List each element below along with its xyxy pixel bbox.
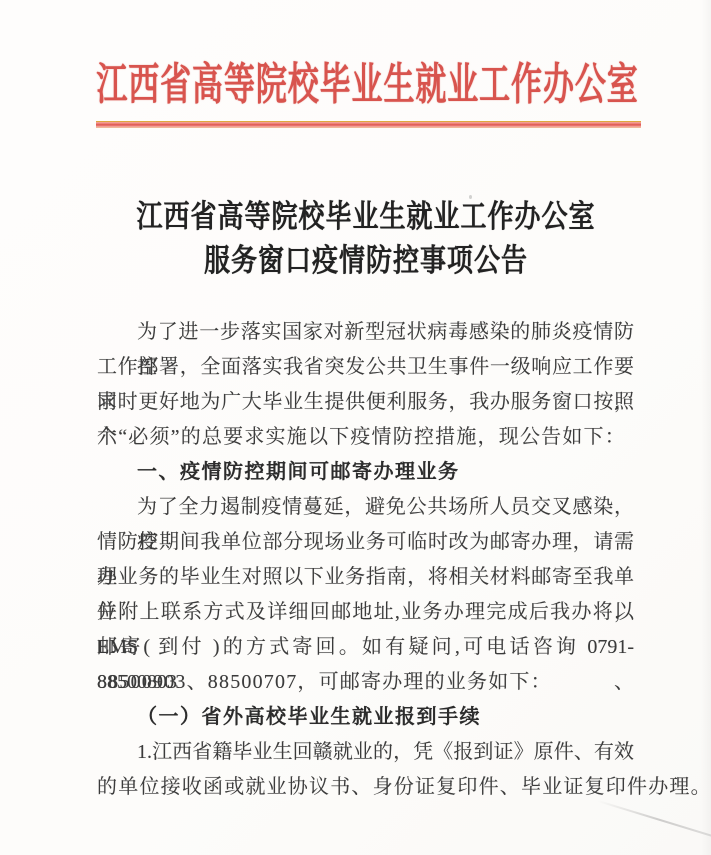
scan-edge-shade — [701, 0, 711, 855]
scan-corner-artifact — [598, 800, 711, 839]
body-line: 理业务的毕业生对照以下业务指南，将相关材料邮寄至我单位， — [97, 560, 634, 595]
body-line: 同时更好地为广大毕业生提供便利服务，我办服务窗口按照六 — [97, 385, 634, 420]
document-title-line1: 江西省高等院校毕业生就业工作办公室 — [86, 196, 646, 240]
document-title-line2-text: 服务窗口疫情防控事项公告 — [204, 235, 528, 288]
letterhead-org-name: 江西省高等院校毕业生就业工作办公室 — [96, 49, 638, 120]
body-line: 邮寄( 到付 )的方式寄回。如有疑问,可电话咨询 0791-88500803、 — [97, 630, 634, 665]
letterhead-rule — [96, 121, 641, 128]
body-line: 的单位接收函或就业协议书、身份证复印件、毕业证复印件办理。 — [97, 770, 634, 805]
body-line: 为了进一步落实国家对新型冠状病毒感染的肺炎疫情防控 — [97, 315, 634, 350]
document-title-line2: 服务窗口疫情防控事项公告 — [86, 240, 646, 284]
letterhead: 江西省高等院校毕业生就业工作办公室 — [96, 60, 639, 110]
body-line: 1.江西省籍毕业生回赣就业的，凭《报到证》原件、有效 — [97, 735, 634, 770]
body-line: 个“必须”的总要求实施以下疫情防控措施，现公告如下： — [97, 420, 634, 455]
body-line: 情防控期间我单位部分现场业务可临时改为邮寄办理，请需办 — [97, 525, 634, 560]
document-title: 江西省高等院校毕业生就业工作办公室 服务窗口疫情防控事项公告 — [86, 196, 646, 284]
body-heading-line: 一、疫情防控期间可邮寄办理业务 — [97, 455, 634, 490]
body-line: 为了全力遏制疫情蔓延，避免公共场所人员交叉感染，疫 — [97, 490, 634, 525]
body-heading-line: （一）省外高校毕业生就业报到手续 — [97, 700, 634, 735]
body-line: 工作部署，全面落实我省突发公共卫生事件一级响应工作要求， — [97, 350, 634, 385]
scanned-page: 江西省高等院校毕业生就业工作办公室 江西省高等院校毕业生就业工作办公室 服务窗口… — [0, 0, 711, 855]
body-text: 为了进一步落实国家对新型冠状病毒感染的肺炎疫情防控工作部署，全面落实我省突发公共… — [97, 315, 634, 805]
body-line: 并附上联系方式及详细回邮地址,业务办理完成后我办将以 EMS — [97, 595, 634, 630]
